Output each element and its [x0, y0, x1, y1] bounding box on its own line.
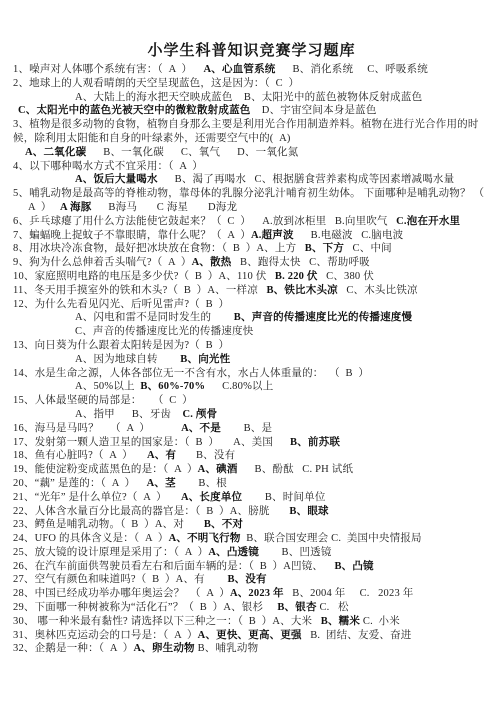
question-text: 21、“光年” 是什么单位?（ A ） — [13, 492, 181, 503]
answer-text-bold: C.泡在开水里 — [396, 216, 460, 227]
answer-text-bold: B、下方 — [305, 243, 344, 254]
answer-text-bold: A、茎 — [147, 478, 176, 489]
answer-text-bold: B、眼球 — [289, 506, 328, 517]
question-text: 27、空气有颜色和味道吗?（ B ）A、有 — [13, 574, 227, 585]
question-text: 24、UFO 的具体含义是：（ A ） — [13, 533, 169, 544]
question-line: 7、蝙蝠晚上捉蚊子不靠眼睛，靠什么呢？（ A ）A.超声波 B.电磁波 C.脑电… — [13, 229, 490, 243]
question-line: A、指甲 B、牙齿 C. 颅骨 — [13, 408, 490, 422]
question-line: 27、空气有颜色和味道吗?（ B ）A、有 B、没有 — [13, 573, 490, 587]
question-text: 23、鳄鱼是哺乳动物。（ B ）A、对 — [13, 519, 204, 530]
question-text: 31、奥林匹克运动会的口号是：（ A ） — [13, 630, 198, 641]
question-line: 31、奥林匹克运动会的口号是：（ A ）A、更快、更高、更强 B. 团结、友爱、… — [13, 629, 490, 643]
question-text: 12、为什么先看见闪光、后听见雷声?（ B ） — [13, 299, 229, 310]
question-text: 1、噪声对人体哪个系统有害：（ A ） — [13, 64, 204, 75]
answer-text-bold: A、不是 — [181, 423, 221, 434]
answer-text-bold: B、不对 — [204, 519, 243, 530]
question-line: 32、企鹅是一种：（ A ）A、卵生动物 B、哺乳动物 — [13, 642, 490, 656]
question-text: B、一氧化碳 C、氧气 D、一氧化氮 — [86, 147, 298, 158]
question-text: 28、中国已经成功举办哪年奥运会？ （ A ） — [13, 588, 230, 599]
question-text: B、酚酞 C. PH 试纸 — [238, 464, 354, 475]
question-text: 8、用冰块冷冻食物，最好把冰块放在食物：（ B ）A、上方 — [13, 243, 305, 254]
question-line: A、二氧化碳 B、一氧化碳 C、氧气 D、一氧化氮 — [13, 146, 490, 160]
question-text: B、联合国安理会 C. 美国中央情报局 — [241, 533, 422, 544]
answer-text-bold: A、有 — [147, 450, 176, 461]
question-text: 18、鱼有心脏吗?（ A ） — [13, 450, 147, 461]
question-line: A、饭后大量喝水 B、渴了再喝水 C、根据膳食营养素构成等因素增减喝水量 — [13, 173, 490, 187]
question-text: 22、人体含水量百分比最高的器官是：（ B ）A、膀胱 — [13, 506, 289, 517]
question-line: 15、人体最坚硬的局部是： （ C ） — [13, 394, 490, 408]
question-line: 28、中国已经成功举办哪年奥运会？ （ A ）A、2023 年 B、2004 年… — [13, 587, 490, 601]
question-line: 2、地球上的人观看晴朗的天空呈现蓝色，这是因为：（ C ） — [13, 77, 490, 91]
question-text: B、哺乳动物 — [195, 643, 259, 654]
question-text: 25、放大镜的设计原理是采用了：（ A ） — [13, 547, 208, 558]
question-line: 29、下面哪一种树被称为“活化石”？（ B ）A、银杉 B、银杏 C. 松 — [13, 601, 490, 615]
answer-text-bold: B、凸镜 — [334, 561, 373, 572]
question-line: 12、为什么先看见闪光、后听见雷声?（ B ） — [13, 298, 490, 312]
document-page: 小学生科普知识竞赛学习题库 1、噪声对人体哪个系统有害：（ A ） A、心血管系… — [0, 0, 500, 707]
question-text: C. 小米 — [360, 616, 400, 627]
question-text: C、声音的传播速度比光的传播速度快 — [75, 326, 253, 337]
question-text: B、没有 — [176, 450, 235, 461]
question-line: 11、冬天用手摸室外的铁和木头?（ B ）A、一样凉 B、铁比木头凉 C、木头比… — [13, 284, 490, 298]
question-text: A、闪电和雷不是同时发生的 — [75, 312, 234, 323]
question-text: A、指甲 B、牙齿 — [75, 409, 182, 420]
answer-text-bold: A 海豚 — [60, 202, 91, 213]
question-line: 22、人体含水量百分比最高的器官是：（ B ）A、膀胱 B、眼球 — [13, 505, 490, 519]
answer-text-bold: B、铁比木头凉 — [266, 285, 337, 296]
question-text: A、50%以上 — [75, 381, 140, 392]
answer-text-bold: B、没有 — [227, 574, 266, 585]
question-line: 13、向日葵为什么跟着太阳转是因为?（ B ） — [13, 339, 490, 353]
answer-text-bold: A、散热 — [192, 257, 232, 268]
answer-text-bold: A、不明飞行物 — [169, 533, 241, 544]
answer-text-bold: A、二氧化碳 — [25, 147, 86, 158]
question-line: 25、放大镜的设计原理是采用了：（ A ）A、凸透镜 B、凹透镜 — [13, 546, 490, 560]
answer-text-bold: A、长度单位 — [181, 492, 242, 503]
question-text: C.80%以上 — [205, 381, 273, 392]
question-text: B、凹透镜 — [259, 547, 332, 558]
question-line: 24、UFO 的具体含义是：（ A ）A、不明飞行物 B、联合国安理会 C. 美… — [13, 532, 490, 546]
answer-text-bold: A、饭后大量喝水 — [75, 174, 158, 185]
question-text: B海马 C 海星 D海龙 — [91, 202, 237, 213]
question-text: B、是 — [221, 423, 272, 434]
question-line: 21、“光年” 是什么单位?（ A ） A、长度单位 B、时间单位 — [13, 491, 490, 505]
answer-text-bold: A.超声波 — [251, 230, 294, 241]
question-line: 19、能使淀粉变成蓝黑色的是：（ A ）A、碘酒 B、酚酞 C. PH 试纸 — [13, 463, 490, 477]
question-line: 5、哺乳动物是最高等的脊椎动物，靠母体的乳腺分泌乳汁哺育初生幼体。 下面哪种是哺… — [13, 187, 490, 201]
question-text: B、根 — [176, 478, 227, 489]
question-text: 32、企鹅是一种：（ A ） — [13, 643, 133, 654]
answer-text-bold: A、2023 年 — [230, 588, 284, 599]
question-text: A ） — [28, 202, 60, 213]
question-text: 19、能使淀粉变成蓝黑色的是：（ A ） — [13, 464, 198, 475]
question-line: 9、狗为什么总伸着舌头喘气?（ A ）A、散热 B、跑得太快 C、帮助呼吸 — [13, 256, 490, 270]
question-text: C、中间 — [344, 243, 392, 254]
question-line: 3、植物是很多动物的食物，植物自身那么主要是利用光合作用制造养料。植物在进行光合… — [13, 118, 490, 132]
question-text: 16、海马是马吗？ （ A ） — [13, 423, 181, 434]
question-text: 候，除利用太阳能和自身的叶绿素外，还需要空气中的( A) — [13, 133, 291, 144]
question-line: 20、“藕” 是莲的：（ A ） A、茎 B、根 — [13, 477, 490, 491]
question-line: A、50%以上 B、60%-70% C.80%以上 — [13, 380, 490, 394]
question-text: 20、“藕” 是莲的：（ A ） — [13, 478, 147, 489]
question-line: 6、乒乓球瘪了用什么方法能使它鼓起来？（ C ） A.放到冰柜里 B.向里吹气 … — [13, 215, 490, 229]
question-line: 23、鳄鱼是哺乳动物。（ B ）A、对 B、不对 — [13, 518, 490, 532]
question-line: 16、海马是马吗？ （ A ） A、不是 B、是 — [13, 422, 490, 436]
question-line: A ） A 海豚 B海马 C 海星 D海龙 — [13, 201, 490, 215]
question-text: 9、狗为什么总伸着舌头喘气?（ A ） — [13, 257, 192, 268]
question-text: C、木头比铁凉 — [338, 285, 418, 296]
question-line: A、因为地球自转 B、向光性 — [13, 353, 490, 367]
question-list: 1、噪声对人体哪个系统有害：（ A ） A、心血管系统 B、消化系统 C、呼吸系… — [13, 63, 490, 656]
question-line: 候，除利用太阳能和自身的叶绿素外，还需要空气中的( A) — [13, 132, 490, 146]
question-text: 29、下面哪一种树被称为“活化石”？（ B ）A、银杉 — [13, 602, 277, 613]
question-line: 17、发射第一颗人造卫星的国家是：（ B ） A、美国 B、前苏联 — [13, 436, 490, 450]
answer-text-bold: C. 颅骨 — [182, 409, 217, 420]
answer-text-bold: B、糯米 — [321, 616, 360, 627]
question-text: 11、冬天用手摸室外的铁和木头?（ B ）A、一样凉 — [13, 285, 266, 296]
answer-text-bold: A、心血管系统 — [204, 64, 276, 75]
question-text: A、因为地球自转 — [75, 354, 180, 365]
question-text: 5、哺乳动物是最高等的脊椎动物，靠母体的乳腺分泌乳汁哺育初生幼体。 下面哪种是哺… — [13, 188, 484, 199]
question-line: A、闪电和雷不是同时发生的 B、声音的传播速度比光的传播速度慢 — [13, 311, 490, 325]
question-text: 3、植物是很多动物的食物，植物自身那么主要是利用光合作用制造养料。植物在进行光合… — [13, 119, 479, 130]
question-line: 10、家庭照明电路的电压是多少伏?（ B ）A、110 伏 B. 220 伏 C… — [13, 270, 490, 284]
question-text: 15、人体最坚硬的局部是： （ C ） — [13, 395, 193, 406]
answer-text-bold: B、向光性 — [180, 354, 230, 365]
question-text: C. 松 — [317, 602, 349, 613]
question-text: 14、水是生命之源，人体各部位无一不含有水，水占人体重量的： （ B ） — [13, 368, 369, 379]
answer-text-bold: B、声音的传播速度比光的传播速度慢 — [234, 312, 412, 323]
answer-text-bold: C、太阳光中的蓝色光被天空中的微粒散射成蓝色 — [18, 105, 250, 116]
question-text: 17、发射第一颗人造卫星的国家是：（ B ） A、美国 — [13, 437, 290, 448]
question-text: 2、地球上的人观看晴朗的天空呈现蓝色，这是因为：（ C ） — [13, 78, 299, 89]
question-line: C、太阳光中的蓝色光被天空中的微粒散射成蓝色 D、宇宙空间本身是蓝色 — [13, 104, 490, 118]
question-text: 10、家庭照明电路的电压是多少伏?（ B ）A、110 伏 — [13, 271, 275, 282]
question-text: B、2004 年 C. 2023 年 — [284, 588, 414, 599]
answer-text-bold: A、卵生动物 — [133, 643, 194, 654]
answer-text-bold: B. 220 伏 — [275, 271, 318, 282]
question-line: C、声音的传播速度比光的传播速度快 — [13, 325, 490, 339]
question-line: 8、用冰块冷冻食物，最好把冰块放在食物：（ B ）A、上方 B、下方 C、中间 — [13, 242, 490, 256]
question-text: 26、在汽车前面供驾驶员看左右和后面车辆的是：（ B ）A凹镜、 — [13, 561, 334, 572]
question-text: C、380 伏 — [318, 271, 374, 282]
question-text: 30、 哪一种米最有黏性? 请选择以下三种之一：（ B ）A、大米 — [13, 616, 321, 627]
question-text: B.电磁波 C.脑电波 — [294, 230, 404, 241]
question-text: B、跑得太快 C、帮助呼吸 — [232, 257, 370, 268]
question-text: A、大陆上的海水把天空映成蓝色 B、太阳光中的蓝色被物体反射成蓝色 — [75, 92, 422, 103]
question-text: 7、蝙蝠晚上捉蚊子不靠眼睛，靠什么呢？（ A ） — [13, 230, 251, 241]
question-line: 1、噪声对人体哪个系统有害：（ A ） A、心血管系统 B、消化系统 C、呼吸系… — [13, 63, 490, 77]
question-text: 6、乒乓球瘪了用什么方法能使它鼓起来？（ C ） A.放到冰柜里 B.向里吹气 — [13, 216, 396, 227]
question-text: B、消化系统 C、呼吸系统 — [276, 64, 428, 75]
answer-text-bold: B、前苏联 — [290, 437, 340, 448]
question-line: A、大陆上的海水把天空映成蓝色 B、太阳光中的蓝色被物体反射成蓝色 — [13, 91, 490, 105]
question-line: 14、水是生命之源，人体各部位无一不含有水，水占人体重量的： （ B ） — [13, 367, 490, 381]
question-text: B、时间单位 — [242, 492, 325, 503]
answer-text-bold: A、更快、更高、更强 — [198, 630, 302, 641]
answer-text-bold: B、银杏 — [277, 602, 316, 613]
page-title: 小学生科普知识竞赛学习题库 — [13, 42, 490, 61]
answer-text-bold: B、60%-70% — [140, 381, 205, 392]
question-text: 13、向日葵为什么跟着太阳转是因为?（ B ） — [13, 340, 229, 351]
question-line: 4、以下哪种喝水方式不宜采用：（ A ） — [13, 160, 490, 174]
question-text: B. 团结、友爱、奋进 — [302, 630, 412, 641]
question-line: 26、在汽车前面供驾驶员看左右和后面车辆的是：（ B ）A凹镜、 B、凸镜 — [13, 560, 490, 574]
question-text: D、宇宙空间本身是蓝色 — [250, 105, 376, 116]
answer-text-bold: A、碘酒 — [198, 464, 238, 475]
question-line: 18、鱼有心脏吗?（ A ） A、有 B、没有 — [13, 449, 490, 463]
question-line: 30、 哪一种米最有黏性? 请选择以下三种之一：（ B ）A、大米 B、糯米 C… — [13, 615, 490, 629]
question-text: B、渴了再喝水 C、根据膳食营养素构成等因素增减喝水量 — [158, 174, 455, 185]
question-text: 4、以下哪种喝水方式不宜采用：（ A ） — [13, 161, 203, 172]
answer-text-bold: A、凸透镜 — [208, 547, 259, 558]
